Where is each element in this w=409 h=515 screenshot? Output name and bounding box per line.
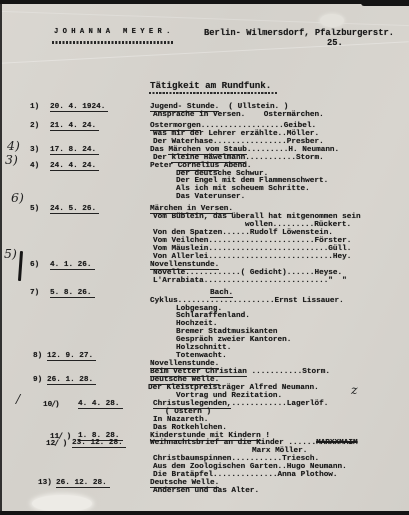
entry-4-line-5: Das Vaterunser.	[0, 193, 409, 201]
handwritten-mark: /	[16, 391, 20, 406]
entry-text: Das Rotkehlchen.	[153, 424, 227, 432]
entry-6-line-1: 6)4. 1. 26.Novellenstunde.	[0, 261, 409, 269]
entry-number: 4)	[30, 162, 39, 170]
entry-7-line-2: Cyklus.....................Ernst Lissaue…	[0, 297, 409, 305]
entry-text: Vom Mäuslein..........................Gü…	[153, 245, 351, 253]
scan-edge-left	[0, 0, 2, 515]
entry-text: Das Märchen vom Staub.........H. Neumann…	[150, 146, 339, 154]
entry-text: Die Bratäpfel..............Anna Plothow.	[153, 471, 338, 479]
entry-12-line-5: Die Bratäpfel..............Anna Plothow.	[0, 471, 409, 479]
entry-5-line-6: Vom Mäuslein..........................Gü…	[0, 245, 409, 253]
entry-number: 7)	[30, 289, 39, 297]
entry-8-line-1: 8)12. 9. 27.Totenwacht.	[0, 352, 409, 360]
handwritten-mark: 4)	[7, 138, 20, 153]
entry-text: Der kleine Häwelmann...........Storm.	[153, 154, 324, 162]
entry-text: Christuslegenden,............Lagerlöf.	[153, 400, 328, 408]
entry-text: Totenwacht.	[176, 352, 227, 360]
entry-text: Vom Büblein, das überall hat mitgenommen…	[153, 213, 361, 221]
entry-6-line-3: L'Arrabiata..........................." …	[0, 277, 409, 285]
entry-9-line-3: Vortrag und Rezitation.	[0, 392, 409, 400]
entry-text: Von Allerlei...........................H…	[153, 253, 351, 261]
entry-12-line-1: 12/ )23. 12. 28.Weihnachtsbrief an die K…	[0, 439, 409, 447]
title-underline	[149, 92, 277, 94]
handwritten-mark: z	[351, 382, 358, 397]
entry-3-line-2: Der kleine Häwelmann...........Storm.	[0, 154, 409, 162]
entry-10-line-3: In Nazareth.	[0, 416, 409, 424]
entry-8-line-3: Beim Vetter Christian ...........Storm.	[0, 368, 409, 376]
entry-number: 3)	[30, 146, 39, 154]
entry-5-line-7: Von Allerlei...........................H…	[0, 253, 409, 261]
entries-list: 1)20. 4. 1924.Jugend- Stunde. ( Ullstein…	[0, 103, 409, 495]
entry-text: Vortrag und Rezitation.	[176, 392, 282, 400]
entry-10-line-1: 10/)4. 4. 28.Christuslegenden,..........…	[0, 400, 409, 408]
entry-6-line-2: Novelle............( Gedicht)......Heyse…	[0, 269, 409, 277]
address-number: 25.	[327, 38, 343, 48]
entry-number: 8)	[33, 352, 42, 360]
entry-7-line-8: Holzschnitt.	[0, 344, 409, 352]
entry-2-line-2: Was mir der Lehrer erzählte..Möller.	[0, 130, 409, 138]
entry-text: wollen.........Rückert.	[245, 221, 351, 229]
entry-text: Peter Cornelius Abend.	[150, 162, 252, 170]
entry-text: Ansprache in Versen. Ostermärchen.	[153, 111, 324, 119]
entry-13-line-2: Andersen und das Alter.	[0, 487, 409, 495]
entry-text: Beim Vetter Christian ...........Storm.	[150, 368, 330, 376]
entry-5-line-5: Vom Veilchen.......................Först…	[0, 237, 409, 245]
entry-number: 9)	[33, 376, 42, 384]
entry-5-line-3: wollen.........Rückert.	[0, 221, 409, 229]
entry-3-line-1: 3)17. 8. 24.Das Märchen vom Staub.......…	[0, 146, 409, 154]
entry-5-line-4: Von den Spatzen......Rudolf Löwenstein.	[0, 229, 409, 237]
entry-text: Der Kleistpreisträger Alfred Neumann.	[148, 384, 319, 392]
entry-text: Holzschnitt.	[176, 344, 231, 352]
entry-number: 1)	[30, 103, 39, 111]
entry-9-line-2: Der Kleistpreisträger Alfred Neumann.	[0, 384, 409, 392]
entry-13-line-1: 13)26. 12. 28.Deutsche Welle.	[0, 479, 409, 487]
entry-7-line-7: Gespräch zweier Kantoren.	[0, 336, 409, 344]
paper-crease	[0, 11, 409, 26]
entry-number: 6)	[30, 261, 39, 269]
paper-crease	[0, 41, 408, 63]
entry-10-line-2: ( Ostern )	[0, 408, 409, 416]
entry-text: Ostermorgen..................Geibel.	[150, 122, 316, 130]
scan-edge-top	[0, 0, 409, 4]
entry-text: Jugend- Stunde. ( Ullstein. )	[150, 103, 288, 111]
address-line: Berlin- Wilmersdorf, Pfalzburgerstr.	[204, 28, 394, 38]
handwritten-mark: 3)	[5, 152, 18, 167]
entry-text: Novelle............( Gedicht)......Heyse…	[153, 269, 342, 277]
entry-2-line-3: Der Waterhase................Presber.	[0, 138, 409, 146]
handwritten-mark: 5)	[4, 246, 17, 261]
entry-text: In Nazareth.	[153, 416, 208, 424]
entry-4-line-1: 4)24. 4. 24.Peter Cornelius Abend.	[0, 162, 409, 170]
scan-edge-top-right	[361, 0, 409, 6]
entry-text: Bach.	[210, 289, 233, 297]
entry-7-line-1: 7)5. 8. 26.Bach.	[0, 289, 409, 297]
entry-1-line-2: Ansprache in Versen. Ostermärchen.	[0, 111, 409, 119]
entry-text: Vom Veilchen.......................Först…	[153, 237, 351, 245]
page-title: Tätigkeit am Rundfunk.	[150, 80, 271, 91]
entry-9-line-1: 9)26. 1. 28.Deutsche Welle.	[0, 376, 409, 384]
scanned-document-page: J O H A N N A M E Y E R . Berlin- Wilmer…	[0, 0, 409, 515]
entry-text: L'Arrabiata..........................." …	[153, 277, 347, 285]
scan-artifact-blob	[32, 495, 92, 512]
entry-text: Der Waterhase................Presber.	[153, 138, 324, 146]
entry-1-line-1: 1)20. 4. 1924.Jugend- Stunde. ( Ullstein…	[0, 103, 409, 111]
entry-number: 2)	[30, 122, 39, 130]
entry-text: Von den Spatzen......Rudolf Löwenstein.	[153, 229, 333, 237]
entry-text: Novellenstunde.	[150, 360, 219, 368]
entry-text: Das Vaterunser.	[176, 193, 245, 201]
entry-text: Cyklus.....................Ernst Lissaue…	[150, 297, 344, 305]
entry-8-line-2: Novellenstunde.	[0, 360, 409, 368]
person-name: J O H A N N A M E Y E R .	[54, 28, 170, 36]
entry-number: 5)	[30, 205, 39, 213]
entry-5-line-2: Vom Büblein, das überall hat mitgenommen…	[0, 213, 409, 221]
handwritten-mark: 6)	[11, 190, 24, 205]
entry-5-line-1: 5)24. 5. 26.Märchen in Versen.	[0, 205, 409, 213]
entry-text: Andersen und das Alter.	[153, 487, 259, 495]
name-underline	[52, 41, 174, 44]
entry-text: Deutsche Welle.	[150, 376, 219, 384]
entry-12-line-4: Aus dem Zoologischen Garten..Hugo Neuman…	[0, 463, 409, 471]
entry-2-line-1: 2)21. 4. 24.Ostermorgen.................…	[0, 122, 409, 130]
scan-artifact-blob	[320, 14, 344, 27]
entry-text: Deutsche Welle.	[150, 479, 219, 487]
scan-edge-bottom	[0, 511, 409, 515]
entry-text: Novellenstunde.	[150, 261, 219, 269]
entry-text: ( Ostern )	[165, 408, 211, 416]
entry-number: 13)	[38, 479, 52, 487]
entry-text: Was mir der Lehrer erzählte..Möller.	[153, 130, 319, 138]
